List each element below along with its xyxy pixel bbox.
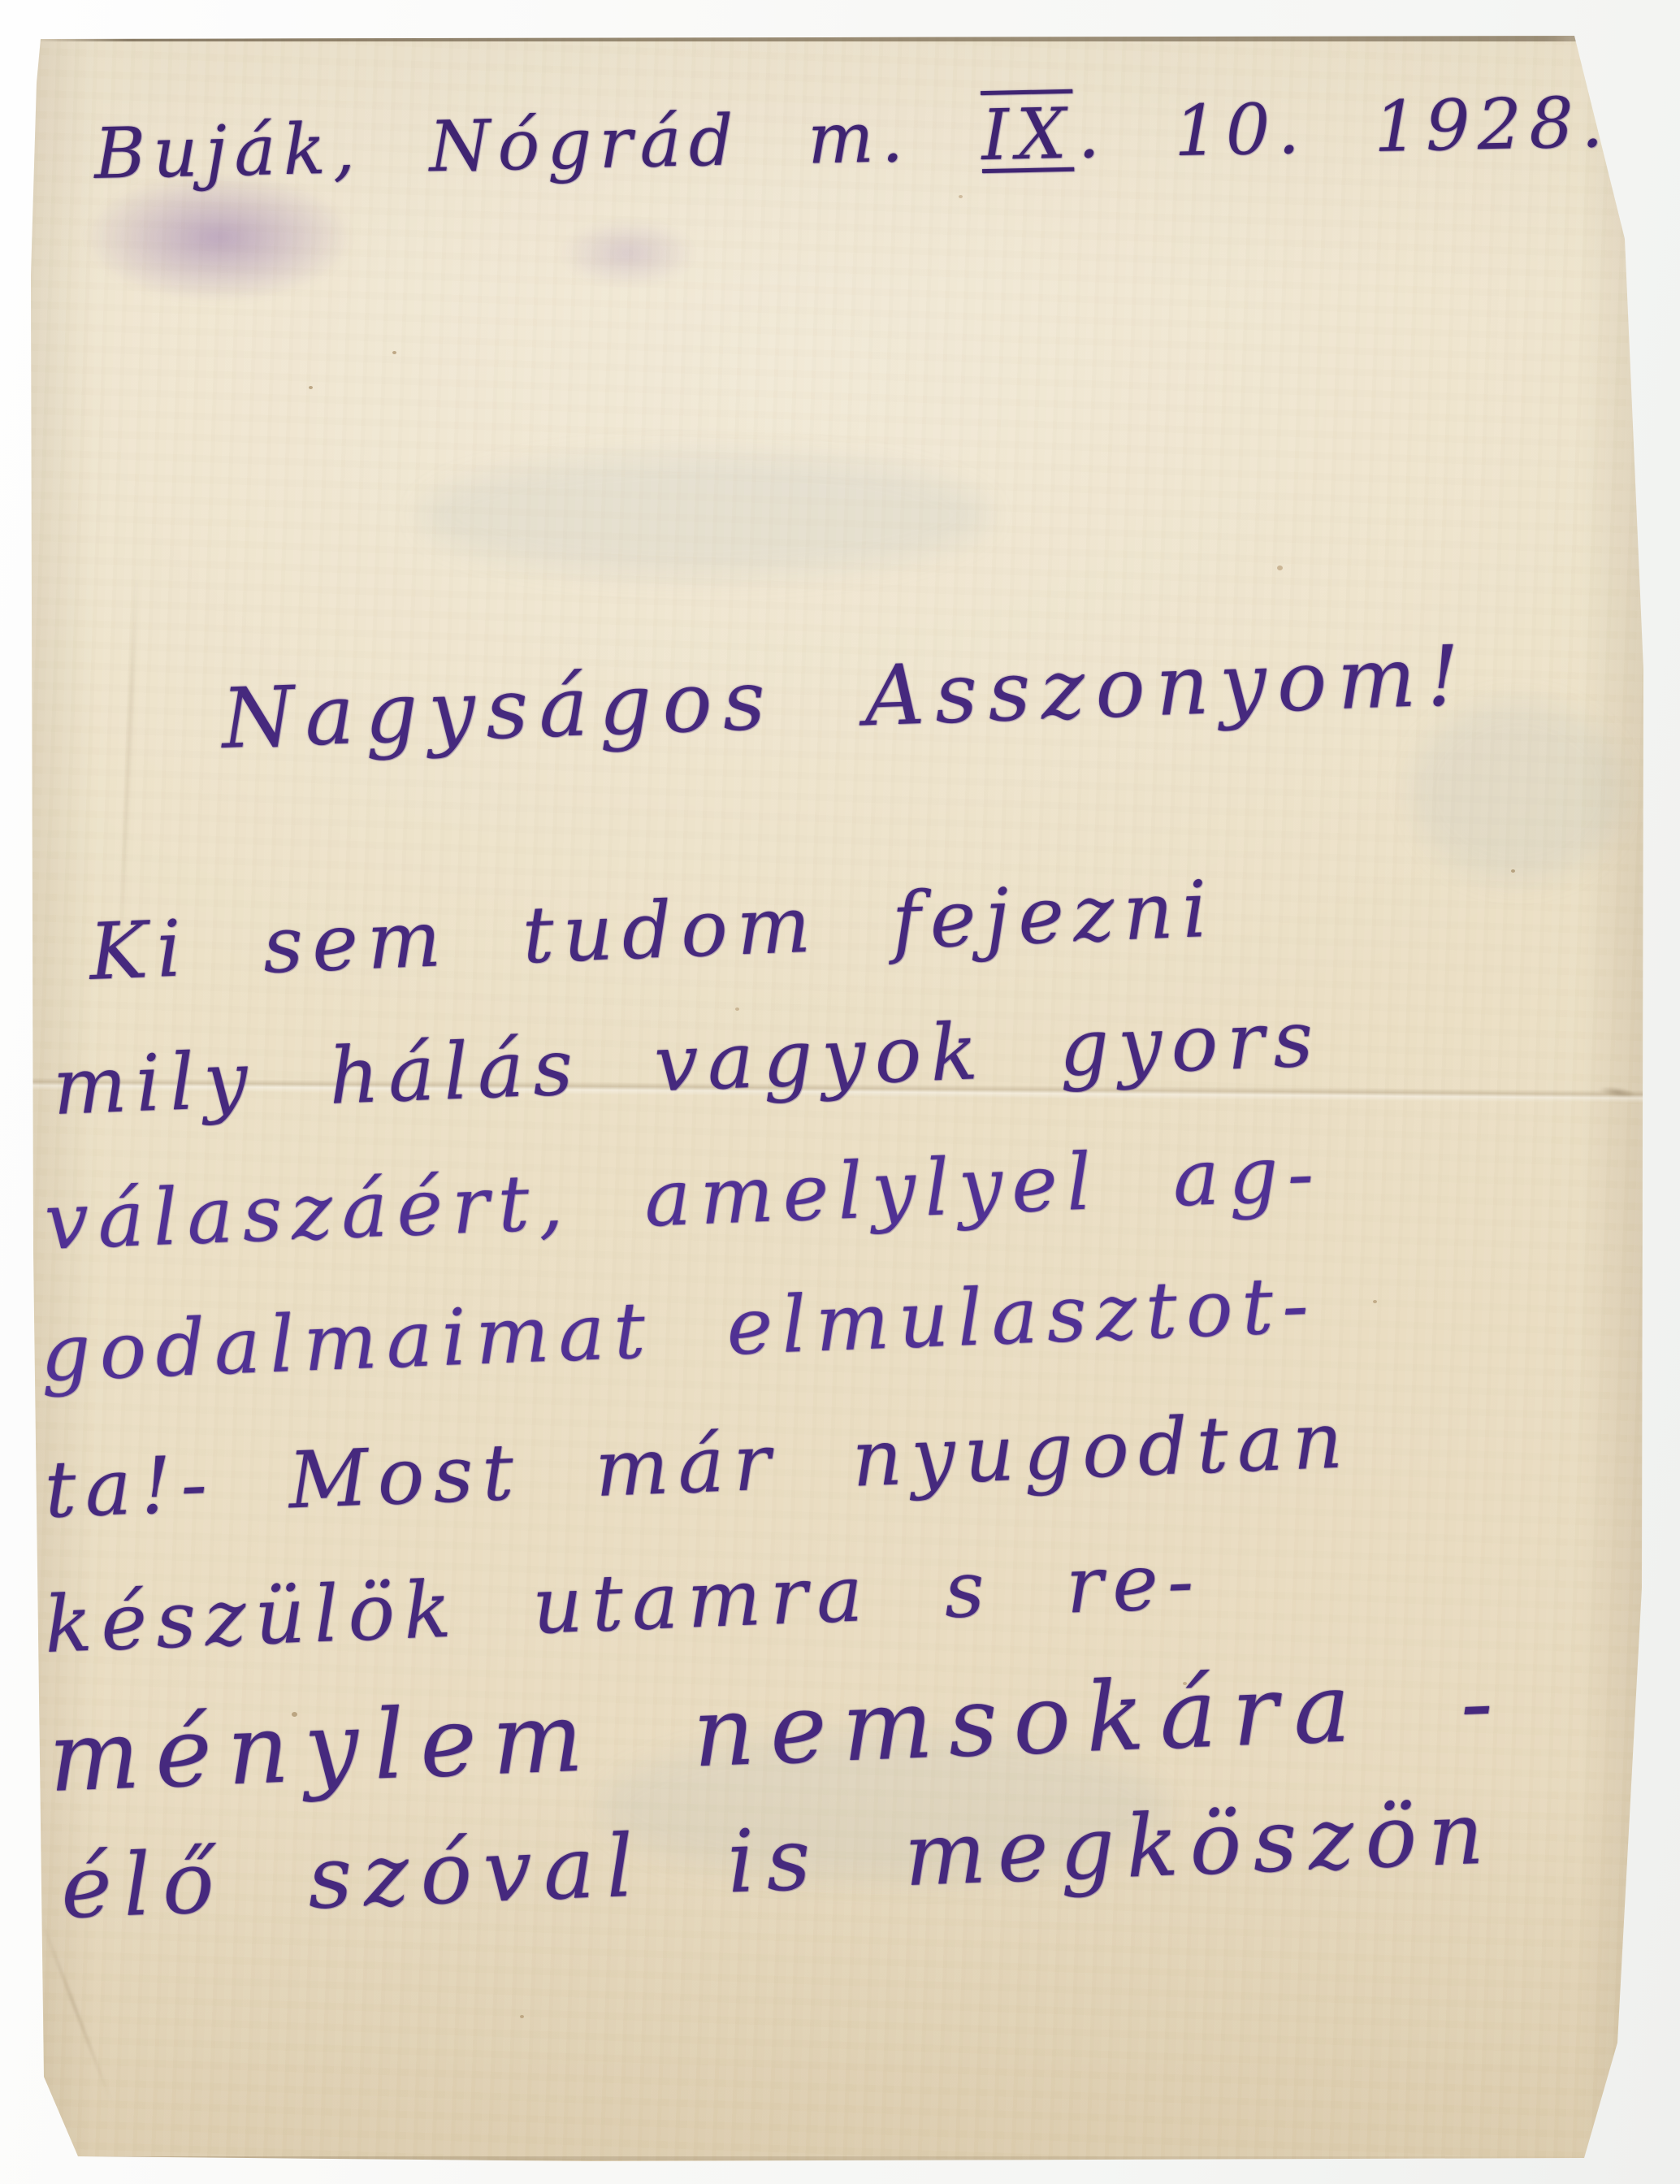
salutation: Nagyságos Asszonyom! [220, 627, 1472, 768]
dateline-roman-month: IX [976, 93, 1078, 177]
body-line: válaszáért, amelylyel ag- [43, 1128, 1324, 1267]
ink-smudge [559, 219, 697, 288]
bleed-through-mark [421, 454, 989, 576]
scanned-letter-page: Buják, Nógrád m. IX. 10. 1928. Nagyságos… [0, 0, 1680, 2184]
body-line: mily hálás vagyok gyors [51, 993, 1323, 1133]
paper-bottom-edge [31, 2156, 1643, 2160]
bleed-through-mark [1412, 702, 1623, 881]
paper-specks [392, 351, 396, 354]
body-line: ménylem nemsokára - [46, 1645, 1510, 1813]
dateline-place: Buják, Nógrád m. [93, 97, 911, 195]
paper-top-edge [31, 36, 1643, 41]
bottom-left-crease [37, 1913, 113, 2104]
body-line: ta!- Most már nyugodtan [43, 1394, 1353, 1536]
body-line: élő szóval is megköszön [59, 1783, 1497, 1938]
body-line: készülök utamra s re- [43, 1535, 1204, 1670]
dateline-date-rest: . 10. 1928. [1076, 82, 1611, 175]
letter-paper: Buják, Nógrád m. IX. 10. 1928. Nagyságos… [31, 36, 1643, 2161]
body-line: Ki sem tudom fejezni [88, 864, 1218, 998]
body-line: godalmaimat elmulasztot- [39, 1259, 1319, 1399]
dateline: Buják, Nógrád m. IX. 10. 1928. [93, 82, 1611, 195]
